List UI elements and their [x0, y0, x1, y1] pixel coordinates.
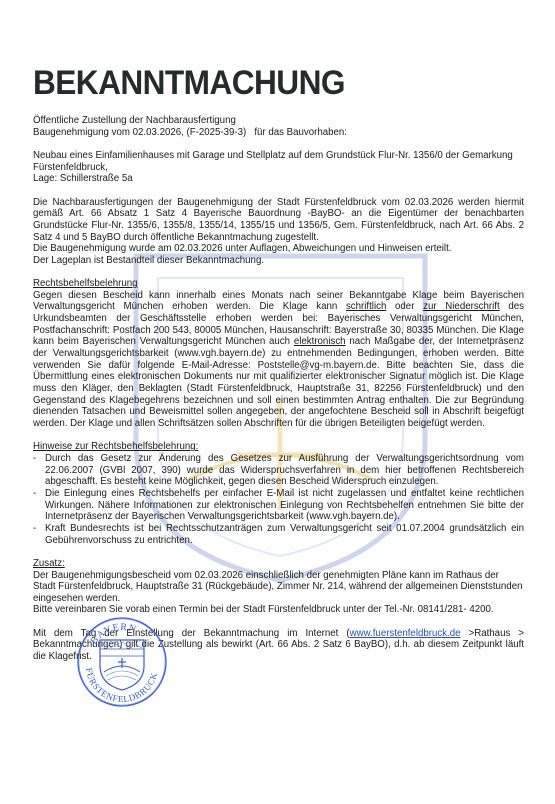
- legal-remedy-heading: Rechtsbehelfsbelehrung: [33, 278, 524, 290]
- underline-written: schriftlich: [346, 301, 386, 312]
- project-description: Neubau eines Einfamilienhauses mit Garag…: [33, 150, 524, 173]
- document-page: BEKANNTMACHUNG Öffentliche Zustellung de…: [0, 0, 555, 804]
- notice-section: Die Nachbarausfertigungen der Baugenehmi…: [33, 197, 524, 267]
- page-title: BEKANNTMACHUNG: [33, 66, 490, 100]
- notice-conditions: Die Baugenehmigung wurde am 02.03.2026 u…: [33, 243, 524, 255]
- notice-paragraph: Die Nachbarausfertigungen der Baugenehmi…: [33, 197, 524, 244]
- hint-item: Durch das Gesetz zur Änderung des Gesetz…: [33, 453, 524, 488]
- addendum-section: Zusatz: Der Baugenehmigungsbescheid vom …: [33, 558, 524, 616]
- city-website-link[interactable]: www.fuerstenfeldbruck.de: [350, 628, 461, 639]
- addendum-paragraph: Der Baugenehmigungsbescheid vom 02.03.20…: [33, 570, 524, 605]
- project-location: Lage: Schillerstraße 5a: [33, 173, 524, 185]
- intro-line-1: Öffentliche Zustellung der Nachbarausfer…: [33, 115, 524, 127]
- addendum-heading: Zusatz:: [33, 558, 524, 570]
- hints-list: Durch das Gesetz zur Änderung des Gesetz…: [33, 453, 524, 546]
- hints-heading: Hinweise zur Rechtsbehelfsbelehrung:: [33, 441, 524, 453]
- announcement-body: BEKANNTMACHUNG Öffentliche Zustellung de…: [33, 66, 524, 663]
- notice-siteplan: Der Lageplan ist Bestandteil dieser Beka…: [33, 255, 524, 267]
- legal-remedy-text: nach Maßgabe der, der Internetpräsenz de…: [33, 336, 524, 429]
- legal-remedy-section: Rechtsbehelfsbelehrung Gegen diesen Besc…: [33, 278, 524, 430]
- city-seal-stamp-icon: BAYERN FÜRSTENFELDBRUCK: [76, 616, 168, 708]
- hint-item: Kraft Bundesrechts ist bei Rechtsschutza…: [33, 523, 524, 546]
- underline-record: zur Niederschrift: [423, 301, 500, 312]
- legal-remedy-text: oder: [386, 301, 423, 312]
- intro-line-2: Baugenehmigung vom 02.03.2026, (F-2025-3…: [33, 127, 524, 139]
- svg-text:FÜRSTENFELDBRUCK: FÜRSTENFELDBRUCK: [84, 667, 159, 704]
- intro-section: Öffentliche Zustellung der Nachbarausfer…: [33, 115, 524, 138]
- legal-remedy-paragraph: Gegen diesen Bescheid kann innerhalb ein…: [33, 290, 524, 430]
- addendum-appointment: Bitte vereinbaren Sie vorab einen Termin…: [33, 604, 524, 616]
- project-section: Neubau eines Einfamilienhauses mit Garag…: [33, 150, 524, 185]
- underline-electronic: elektronisch: [294, 336, 346, 347]
- hint-item: Die Einlegung eines Rechtsbehelfs per ei…: [33, 488, 524, 523]
- hints-section: Hinweise zur Rechtsbehelfsbelehrung: Dur…: [33, 441, 524, 546]
